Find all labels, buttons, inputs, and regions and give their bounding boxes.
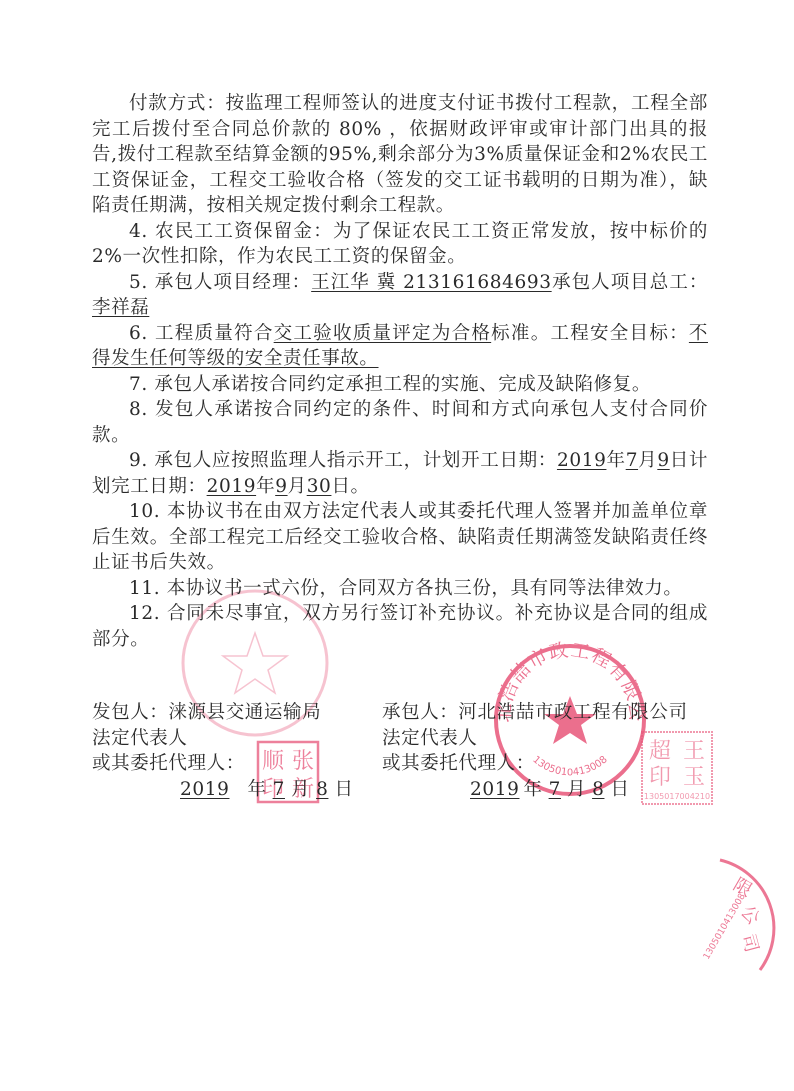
clause-9: 9. 承包人应按照监理人指示开工，计划开工日期：2019年7月9日计划完工日期：… (92, 448, 708, 499)
clause-number: 9. (129, 450, 148, 471)
clause-8: 8. 发包人承诺按合同约定的条件、时间和方式向承包人支付合同价款。 (92, 397, 708, 448)
clause-number: 12. (129, 603, 160, 624)
contractor-line: 承包人：河北浩喆市政工程有限公司 (382, 700, 688, 726)
end-month-value: 9 (275, 476, 287, 497)
contract-page: 张 新 顺 印 河北浩喆市政工程有限公司 1305010413008 王 玉 (0, 0, 794, 1091)
clause-number: 10. (129, 501, 160, 522)
clause-10: 10. 本协议书在由双方法定代表人或其委托代理人签署并加盖单位章后生效。全部工程… (92, 499, 708, 576)
clause-7: 7. 承包人承诺按合同约定承担工程的实施、完成及缺陷修复。 (92, 372, 708, 398)
contractor-name: 河北浩喆市政工程有限公司 (458, 702, 687, 723)
month-char: 月 (567, 779, 586, 800)
start-day-value: 9 (657, 450, 669, 471)
clause-text: 合同未尽事宜，双方另行签订补充协议。补充协议是合同的组成部分。 (92, 603, 708, 650)
employer-line: 发包人：涞源县交通运输局 (92, 700, 354, 726)
payment-terms-paragraph: 付款方式：按监理工程师签认的进度支付证书拨付工程款，工程全部完工后拨付至合同总价… (92, 91, 708, 219)
chief-engineer-value: 李祥磊 (92, 297, 149, 318)
clause-text: 工程质量符合 (155, 323, 274, 344)
clause-number: 8. (129, 399, 148, 420)
clause-number: 6. (129, 323, 148, 344)
clause-5: 5. 承包人项目经理：王江华 冀 213161684693承包人项目总工：李祥磊 (92, 270, 708, 321)
contractor-label: 承包人： (382, 702, 458, 723)
employer-label: 发包人： (92, 702, 168, 723)
clause-number: 7. (129, 374, 148, 395)
clause-text: 日。 (331, 476, 369, 497)
year-char: 年 (606, 450, 625, 471)
employer-name: 涞源县交通运输局 (168, 702, 321, 723)
project-manager-value: 王江华 冀 213161684693 (311, 272, 551, 293)
start-year-value: 2019 (557, 450, 606, 471)
clause-text: 标准。工程安全目标： (491, 323, 689, 344)
employer-sign-date: 2019年7月8日 (92, 777, 354, 803)
quality-standard-value: 交工验收质量评定为合格 (274, 323, 492, 344)
partial-seal-edge: 限 公 司 1305010413008 (650, 840, 794, 990)
clause-11: 11. 本协议书一式六份，合同双方各执三份，具有同等法律效力。 (92, 576, 708, 602)
contractor-date-year: 2019 (460, 779, 523, 800)
contractor-signature-block: 承包人：河北浩喆市政工程有限公司 法定代表人 或其委托代理人： 2019年7月8… (382, 700, 688, 802)
contract-body: 付款方式：按监理工程师签认的进度支付证书拨付工程款，工程全部完工后拨付至合同总价… (92, 91, 708, 652)
clause-text: 本协议书在由双方法定代表人或其委托代理人签署并加盖单位章后生效。全部工程完工后经… (92, 501, 708, 573)
contractor-date-month: 7 (543, 779, 567, 800)
employer-date-year: 2019 (170, 779, 247, 800)
year-char: 年 (256, 476, 275, 497)
clause-number: 4. (129, 221, 148, 242)
day-char: 日 (610, 779, 629, 800)
svg-text:公: 公 (736, 902, 764, 929)
employer-date-day: 8 (310, 779, 334, 800)
year-char: 年 (247, 779, 266, 800)
clause-4: 4. 农民工工资保留金：为了保证农民工工资正常发放，按中标价的 2%一次性扣除，… (92, 219, 708, 270)
svg-text:限: 限 (730, 874, 756, 901)
employer-date-month: 7 (267, 779, 291, 800)
contractor-rep-label: 法定代表人 (382, 726, 688, 752)
contractor-sign-date: 2019年7月8日 (382, 777, 688, 803)
clause-text: 农民工工资保留金：为了保证农民工工资正常发放，按中标价的 2%一次性扣除，作为农… (92, 221, 708, 268)
clause-number: 5. (129, 272, 148, 293)
contractor-agent-label: 或其委托代理人： (382, 751, 688, 777)
month-char: 月 (291, 779, 310, 800)
day-char: 日 (334, 779, 353, 800)
clause-text: 承包人项目经理： (155, 272, 311, 293)
start-month-value: 7 (626, 450, 638, 471)
clause-12: 12. 合同未尽事宜，双方另行签订补充协议。补充协议是合同的组成部分。 (92, 601, 708, 652)
end-year-value: 2019 (207, 476, 256, 497)
clause-text: 发包人承诺按合同约定的条件、时间和方式向承包人支付合同价款。 (92, 399, 708, 446)
employer-rep-label: 法定代表人 (92, 726, 354, 752)
clause-text: 承包人承诺按合同约定承担工程的实施、完成及缺陷修复。 (154, 374, 651, 395)
svg-text:1305010413008: 1305010413008 (702, 892, 748, 962)
clause-text: 本协议书一式六份，合同双方各执三份，具有同等法律效力。 (167, 578, 683, 599)
employer-signature-block: 发包人：涞源县交通运输局 法定代表人 或其委托代理人： 2019年7月8日 (92, 700, 354, 802)
clause-text: 承包人应按照监理人指示开工，计划开工日期： (154, 450, 557, 471)
year-char: 年 (523, 779, 542, 800)
month-char: 月 (288, 476, 307, 497)
month-char: 月 (638, 450, 657, 471)
end-day-value: 30 (307, 476, 332, 497)
svg-text:司: 司 (737, 932, 762, 955)
clause-6: 6. 工程质量符合交工验收质量评定为合格标准。工程安全目标：不得发生任何等级的安… (92, 321, 708, 372)
clause-number: 11. (129, 578, 160, 599)
clause-text: 承包人项目总工： (552, 272, 708, 293)
employer-agent-label: 或其委托代理人： (92, 751, 354, 777)
contractor-date-day: 8 (586, 779, 610, 800)
